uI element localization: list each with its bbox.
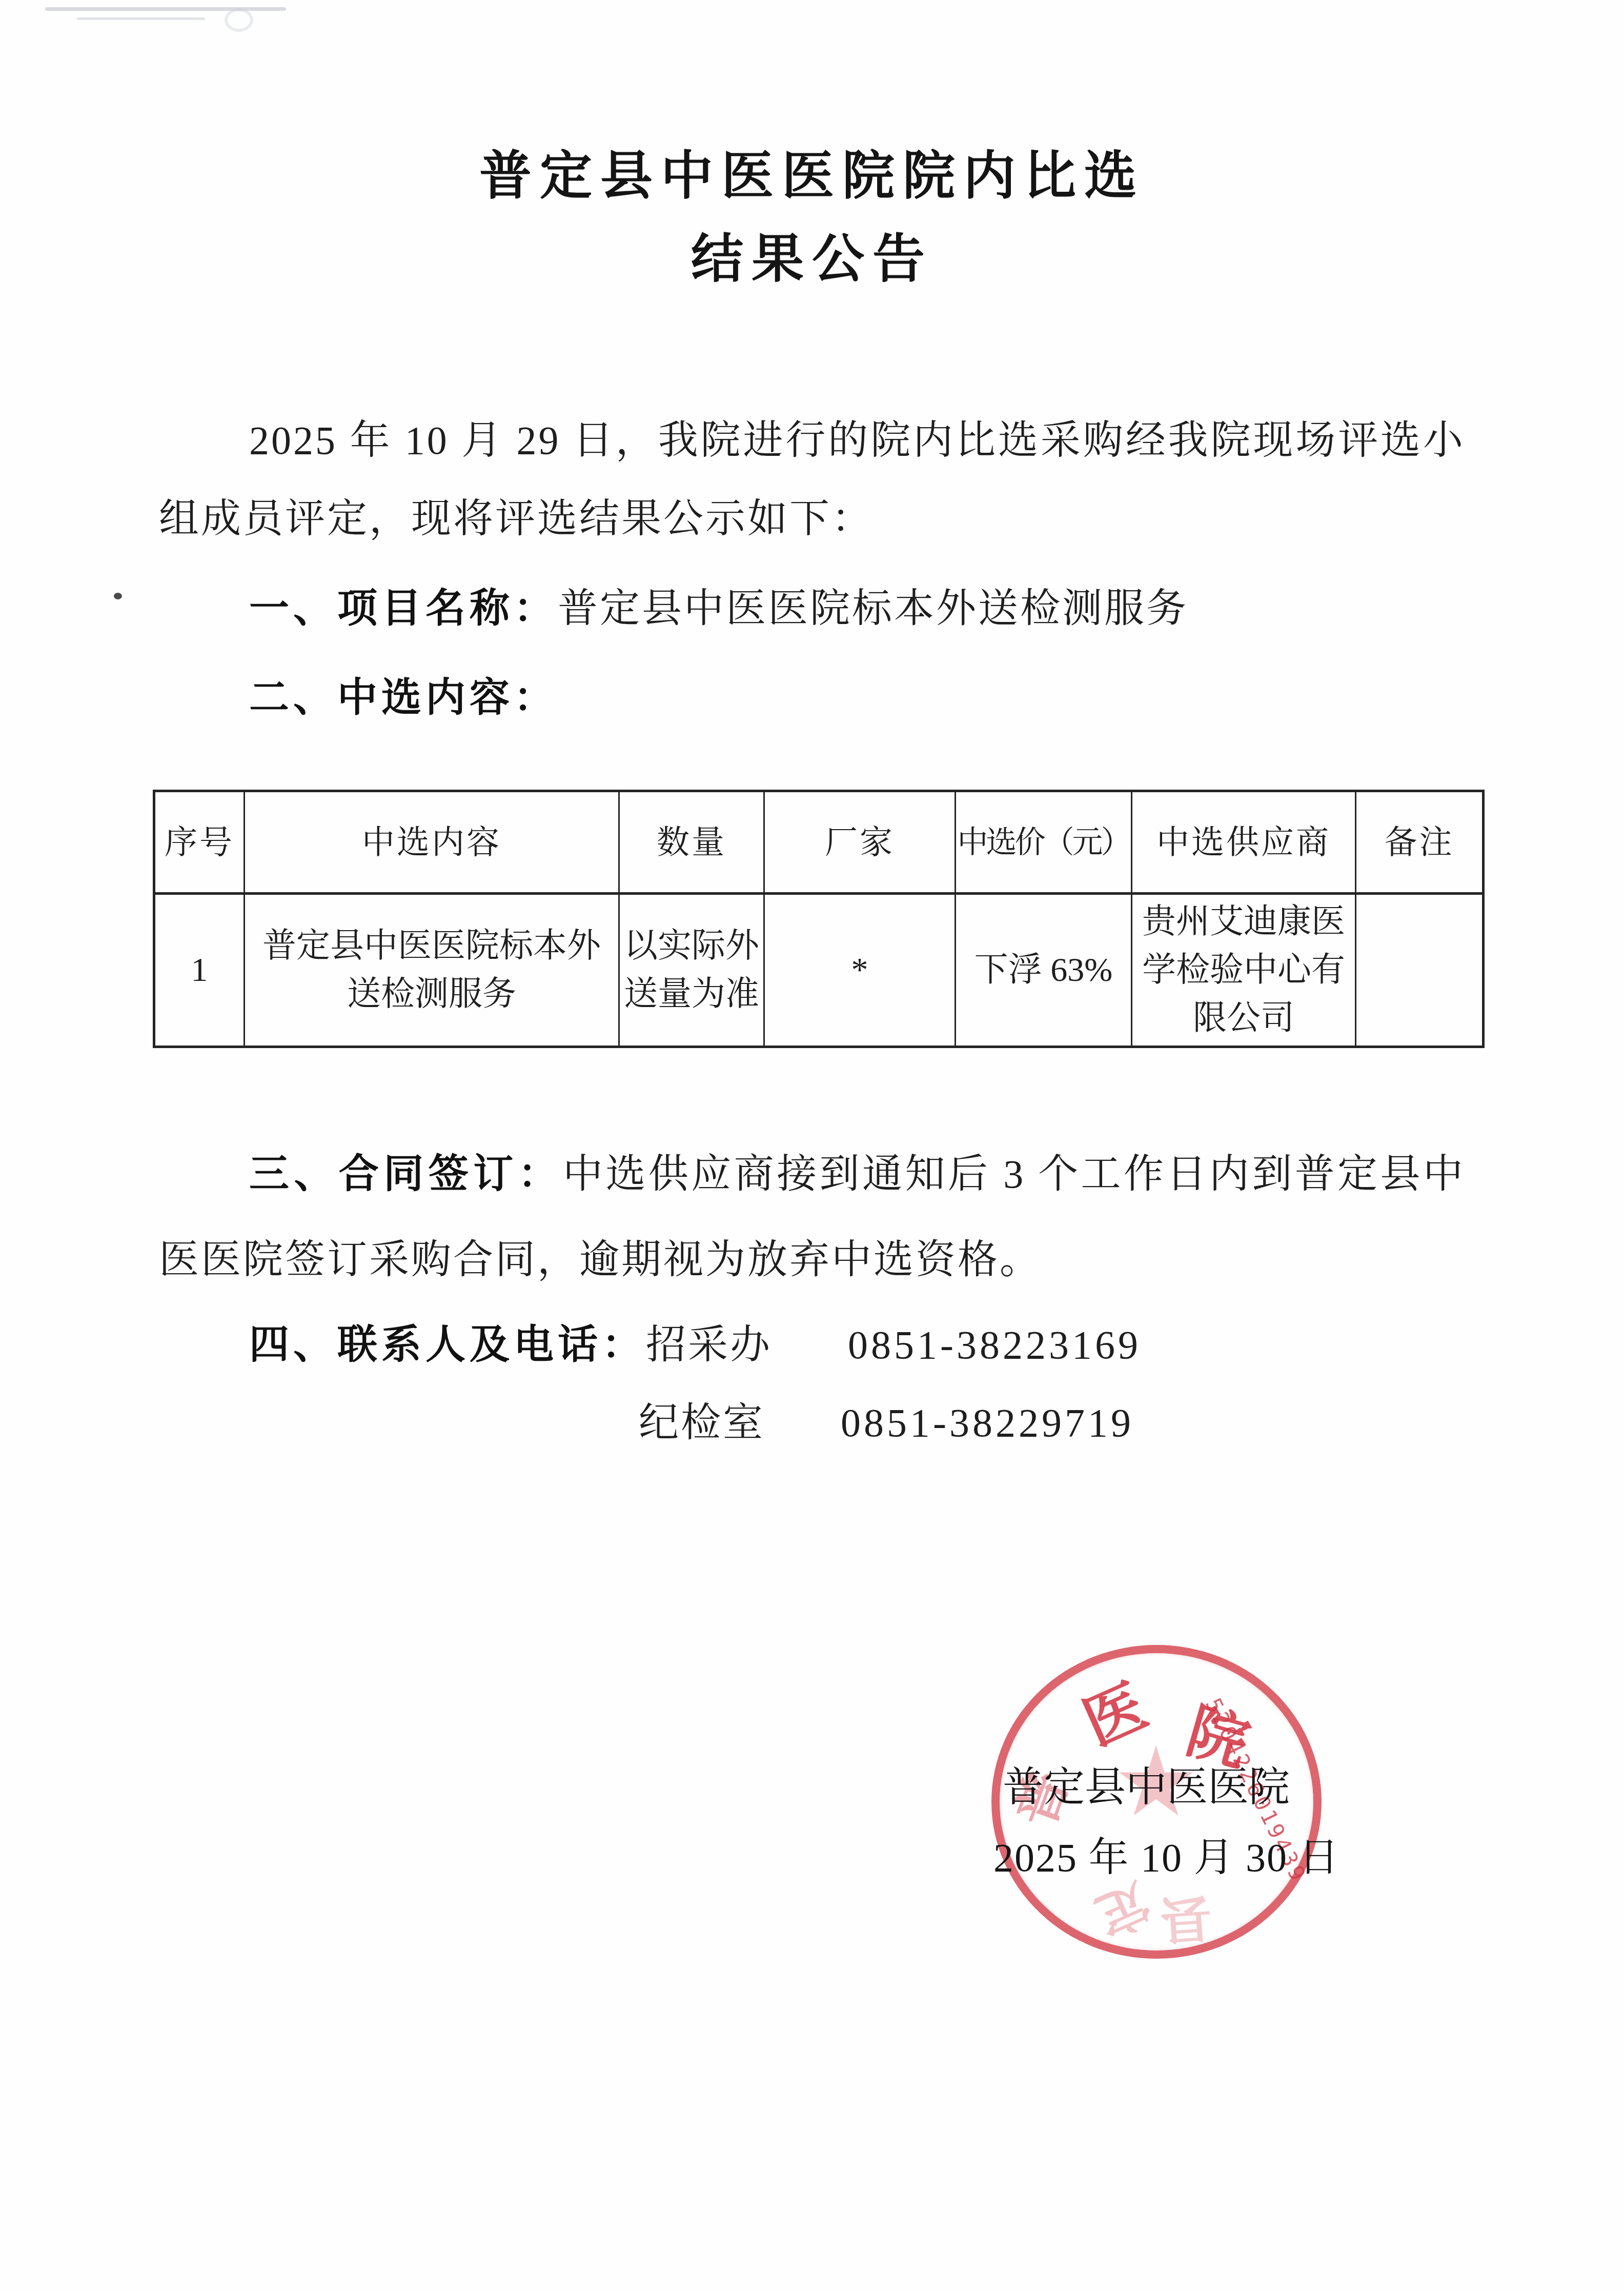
contact-1-phone: 0851-38223169: [848, 1322, 1141, 1367]
document-page: 普定县中医医院院内比选 结果公告 2025 年 10 月 29 日，我院进行的院…: [0, 0, 1624, 2291]
scan-artifact: [225, 8, 253, 32]
contact-row-2: 纪检室0851-38229719: [639, 1391, 1134, 1448]
selection-result-table: 序号 中选内容 数量 厂家 中选价（元） 中选供应商 备注 1 普定县中医医院标…: [153, 790, 1485, 1048]
contact-2-phone: 0851-38229719: [841, 1400, 1134, 1445]
col-header-supplier: 中选供应商: [1132, 791, 1356, 894]
section-1-content: 普定县中医医院标本外送检测服务: [558, 586, 1188, 631]
contact-2-name: 纪检室: [639, 1400, 765, 1445]
cell-supplier: 贵州艾迪康医学检验中心有限公司: [1132, 894, 1356, 1047]
cell-manufacturer: *: [764, 894, 956, 1047]
cell-index: 1: [154, 894, 245, 1047]
section-project-name: 一、项目名称：普定县中医医院标本外送检测服务: [159, 569, 1465, 648]
col-header-price: 中选价（元）: [956, 791, 1132, 894]
section-contacts: 四、联系人及电话：招采办0851-38223169: [159, 1305, 1465, 1384]
col-header-content: 中选内容: [245, 791, 619, 894]
cell-remarks: [1356, 894, 1484, 1047]
intro-paragraph: 2025 年 10 月 29 日，我院进行的院内比选采购经我院现场评选小组成员评…: [159, 401, 1465, 558]
section-3-label: 三、合同签订：: [249, 1151, 563, 1196]
cell-content: 普定县中医医院标本外送检测服务: [245, 894, 619, 1047]
col-header-manufacturer: 厂家: [764, 791, 956, 894]
signature-org-name: 普定县中医医院: [1003, 1754, 1290, 1813]
page-title: 普定县中医医院院内比选 结果公告: [0, 134, 1624, 300]
cell-quantity: 以实际外送量为准: [619, 894, 764, 1047]
cell-price: 下浮 63%: [956, 894, 1132, 1047]
section-selected-content: 二、中选内容：: [159, 658, 1465, 737]
title-line-2: 结果公告: [0, 217, 1624, 300]
section-2-label: 二、中选内容：: [249, 675, 558, 720]
scan-artifact: [77, 17, 205, 20]
scan-artifact: [45, 7, 286, 11]
section-1-label: 一、项目名称：: [249, 586, 558, 631]
col-header-quantity: 数量: [619, 791, 764, 894]
stray-ink-dot: [114, 593, 122, 599]
table-header-row: 序号 中选内容 数量 厂家 中选价（元） 中选供应商 备注: [154, 791, 1484, 894]
section-4-label: 四、联系人及电话：: [249, 1322, 646, 1367]
seal-arc-char-bottom-2: 县: [1158, 1884, 1214, 1962]
contact-1-name: 招采办: [646, 1322, 772, 1367]
signature-date: 2025 年 10 月 30 日: [993, 1825, 1340, 1883]
table-row: 1 普定县中医医院标本外送检测服务 以实际外送量为准 * 下浮 63% 贵州艾迪…: [154, 894, 1484, 1047]
col-header-index: 序号: [154, 791, 245, 894]
col-header-remarks: 备注: [1356, 791, 1484, 894]
title-line-1: 普定县中医医院院内比选: [0, 134, 1624, 217]
section-contract-signing: 三、合同签订：中选供应商接到通知后 3 个工作日内到普定县中医医院签订采购合同，…: [159, 1131, 1465, 1302]
official-seal: 医 院 普 定 县 5204226019439 普定县中医医院 2025 年 1…: [991, 1645, 1322, 1959]
